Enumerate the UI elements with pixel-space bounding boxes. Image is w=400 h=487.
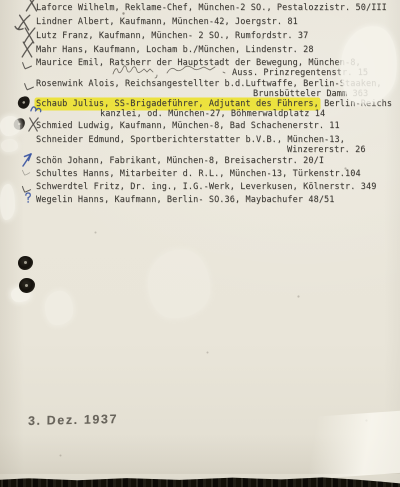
pencil-tick-mark	[22, 81, 36, 95]
list-entry-line: Schön Johann, Fabrikant, München-8, Brei…	[36, 156, 324, 166]
scan-edge-shadow	[0, 473, 400, 487]
list-entry-line: Schwerdtel Fritz, Dr. ing., I.G.-Werk, L…	[36, 182, 376, 192]
list-entry-line: Schaub Julius, SS-Brigadeführer, Adjutan…	[36, 99, 392, 109]
list-entry-line: Lutz Franz, Kaufmann, München- 2 SO., Ru…	[36, 31, 308, 41]
pencil-x-mark	[19, 41, 36, 58]
list-entry-line: Schultes Hanns, Mitarbeiter d. R.L., Mün…	[36, 169, 361, 179]
ink-blot	[18, 256, 33, 270]
white-patch	[148, 250, 210, 318]
ink-blot	[19, 278, 35, 293]
white-patch	[45, 291, 73, 325]
white-patch	[0, 184, 15, 220]
scanned-page: Laforce Wilhelm, Reklame-Chef, München-2…	[0, 0, 400, 487]
white-patch	[336, 23, 400, 107]
highlighted-text: Schaub Julius, SS-Brigadeführer, Adjutan…	[36, 99, 319, 109]
list-entry-line: Lindner Albert, Kaufmann, München-42, Jo…	[36, 17, 298, 27]
list-entry-line: Wegelin Hanns, Kaufmann, Berlin- SO.36, …	[36, 195, 335, 205]
handwritten-annotation	[111, 63, 236, 79]
date-stamp: 3. Dez. 1937	[28, 412, 118, 428]
list-entry-line: Laforce Wilhelm, Reklame-Chef, München-2…	[36, 3, 387, 13]
faint-tick-mark	[20, 167, 33, 180]
list-entry-line: Schmied Ludwig, Kaufmann, München-8, Bad…	[36, 121, 340, 131]
blue-question-mark	[23, 192, 36, 205]
white-patch	[0, 116, 20, 136]
paper-wrinkle-shading	[0, 434, 400, 474]
list-entry-line: Mahr Hans, Kaufmann, Locham b./München, …	[36, 45, 314, 55]
pencil-x-mark	[23, 0, 41, 12]
paper-specks	[0, 0, 1, 1]
list-entry-line: kanzlei, od. München-27, Böhmerwaldplatz…	[100, 109, 325, 119]
list-entry-line: Schneider Edmund, Sportberichterstatter …	[36, 135, 345, 145]
pencil-tick-mark	[20, 60, 34, 74]
list-entry-line: Winzererstr. 26	[287, 145, 366, 155]
white-patch	[1, 139, 18, 152]
blue-scribble-mark	[30, 103, 44, 117]
list-entry-line: Rosenwink Alois, Reichsangestellter b.d.…	[36, 79, 382, 89]
paper-corner-fold	[244, 410, 400, 483]
blue-arrow-mark	[20, 151, 36, 167]
pencil-x-mark	[26, 117, 41, 132]
